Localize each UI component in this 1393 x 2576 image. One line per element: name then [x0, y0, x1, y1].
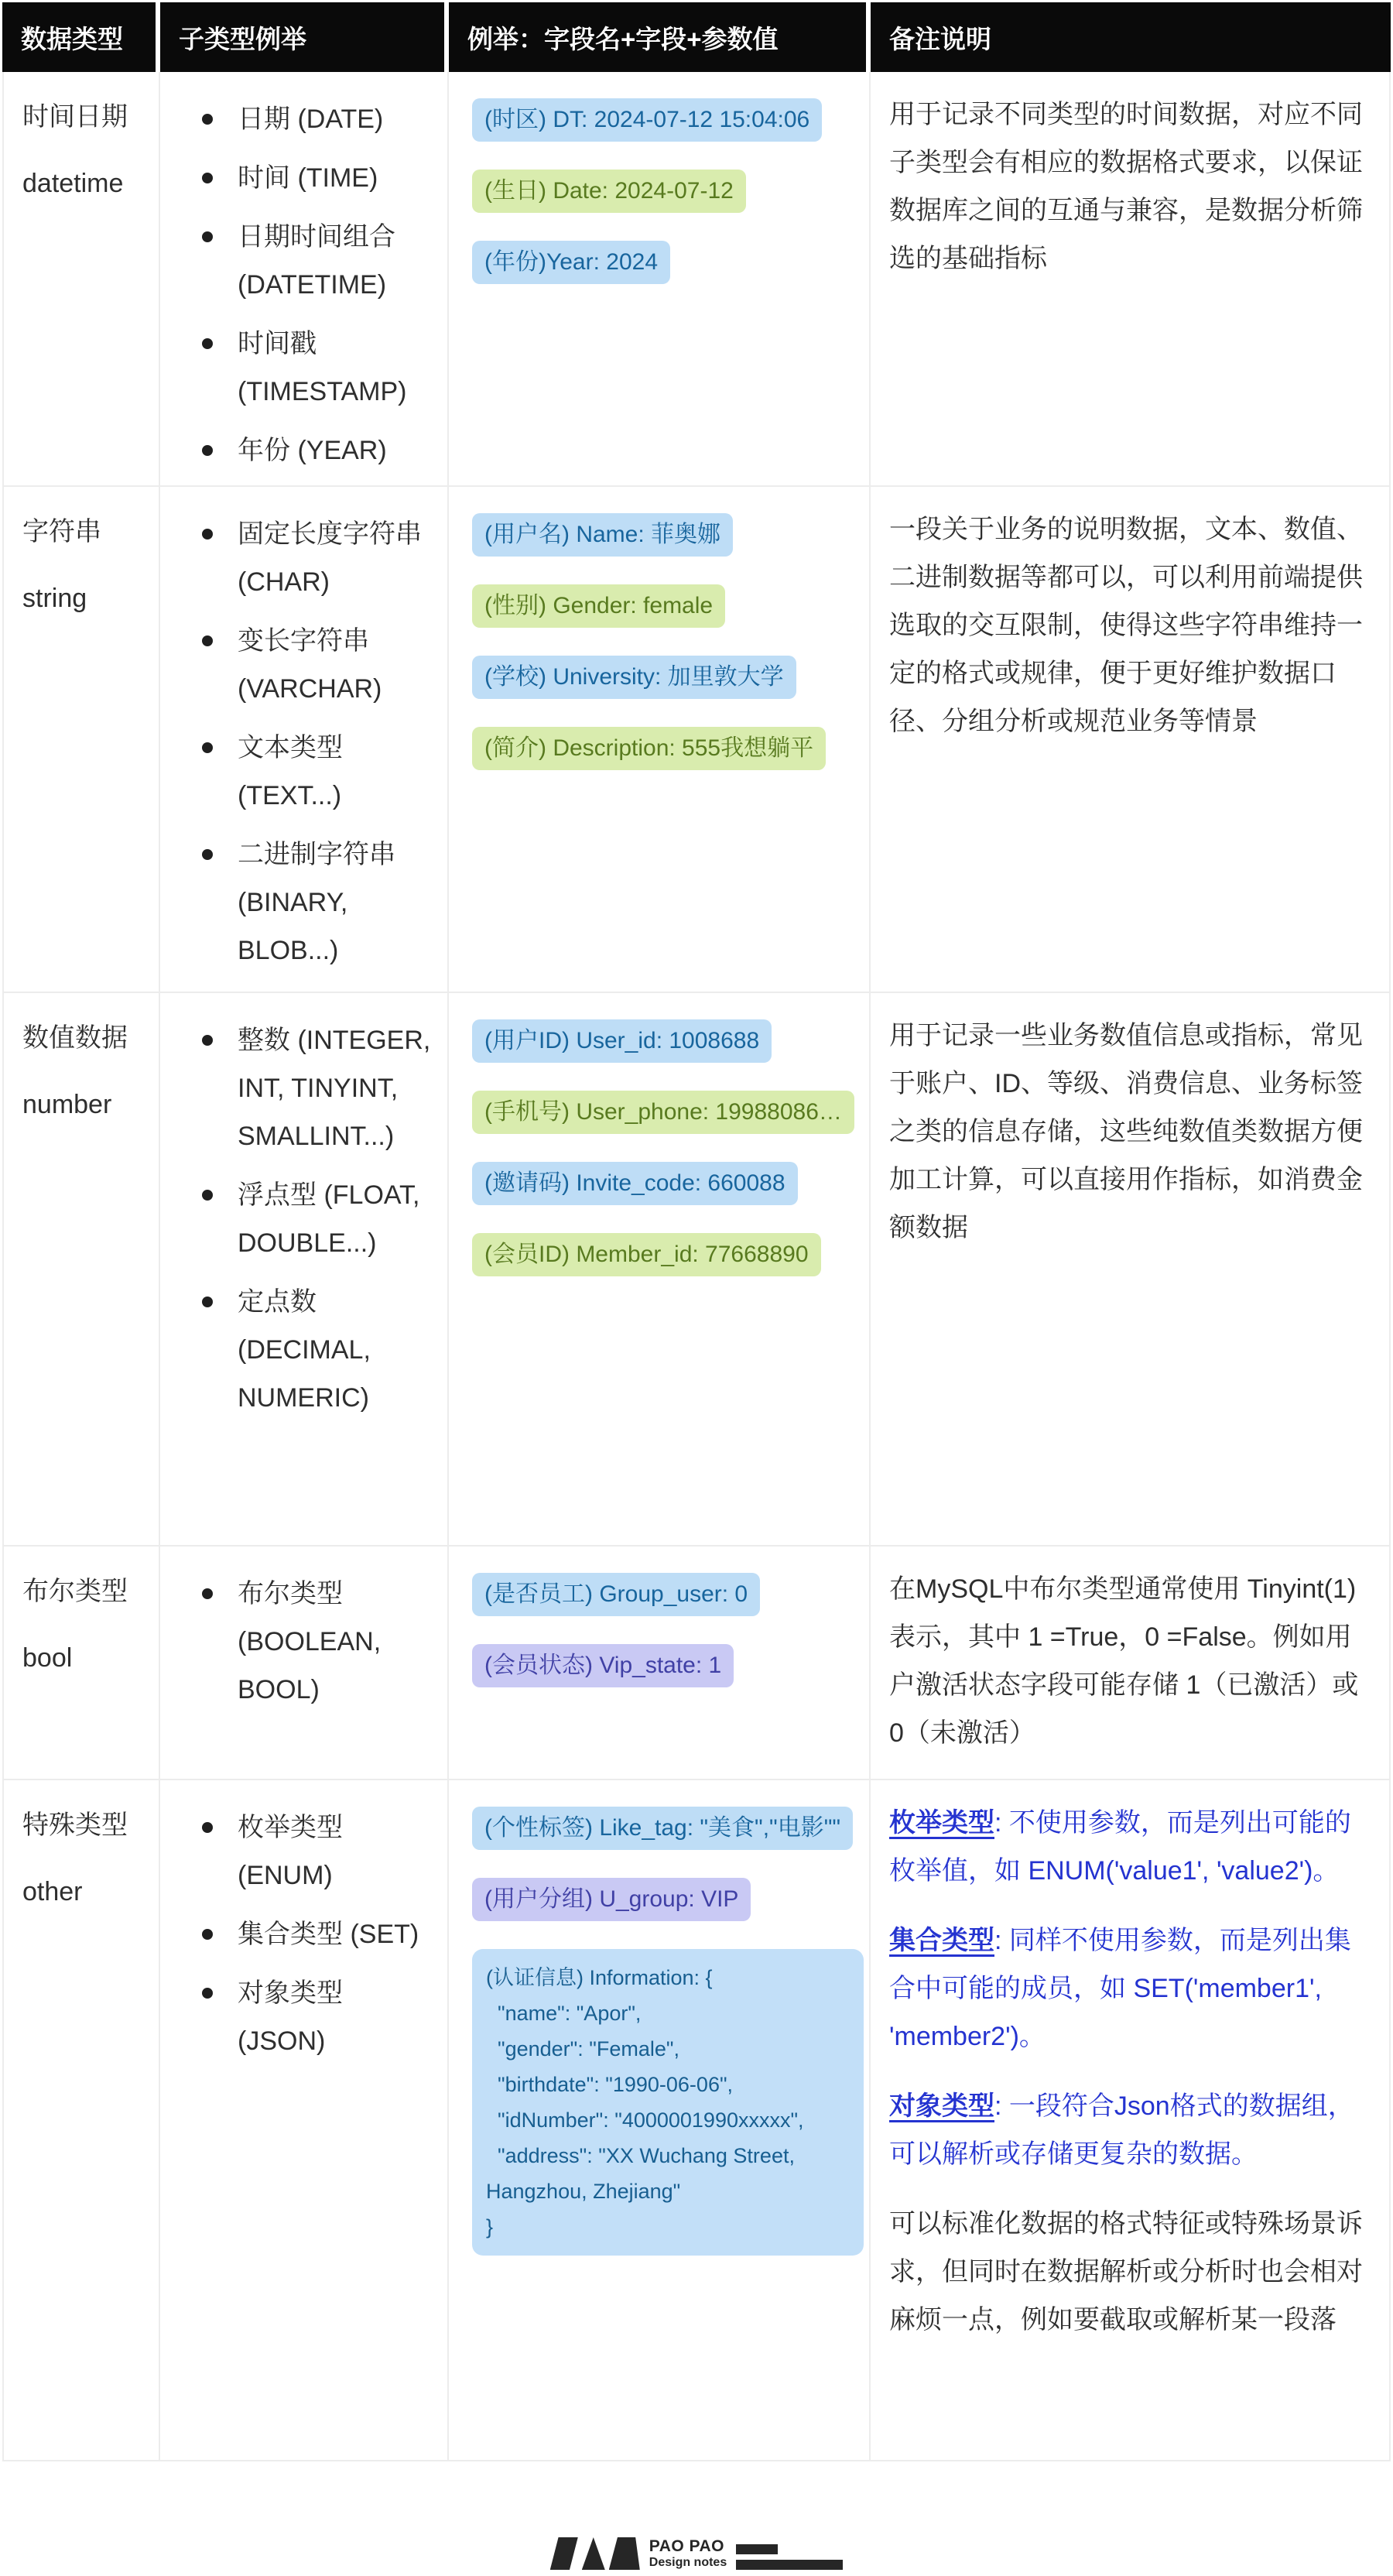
- example-chip: (手机号) User_phone: 19988086…: [472, 1091, 854, 1134]
- page: 数据类型 子类型例举 例举：字段名+字段+参数值 备注说明 时间日期dateti…: [0, 0, 1393, 2570]
- brand-subtitle: Design notes: [649, 2555, 727, 2570]
- table-row: 数值数据number整数 (INTEGER, INT, TINYINT, SMA…: [2, 993, 1391, 1547]
- example-chip: (性别) Gender: female: [472, 584, 725, 628]
- logo-bar-short: [736, 2544, 778, 2554]
- example-line: (生日) Date: 2024-07-12: [472, 170, 855, 213]
- example-line: (学校) University: 加里敦大学: [472, 656, 855, 699]
- cell-examples: (个性标签) Like_tag: "美食","电影""(用户分组) U_grou…: [449, 1780, 871, 2461]
- cell-examples: (用户名) Name: 菲奥娜(性别) Gender: female(学校) U…: [449, 487, 871, 993]
- table-row: 字符串string固定长度字符串 (CHAR)变长字符串 (VARCHAR)文本…: [2, 487, 1391, 993]
- logo-bars-icon: [736, 2544, 843, 2570]
- table-header: 数据类型 子类型例举 例举：字段名+字段+参数值 备注说明: [2, 2, 1391, 72]
- col-header-remarks: 备注说明: [871, 2, 1391, 72]
- example-line: (是否员工) Group_user: 0: [472, 1573, 855, 1616]
- remark-paragraph: 对象类型: 一段符合Json格式的数据组，可以解析或存储更复杂的数据。: [889, 2082, 1367, 2178]
- subtype-item: 日期时间组合 (DATETIME): [187, 213, 436, 309]
- remark-paragraph: 在MySQL中布尔类型通常使用 Tinyint(1) 表示，其中 1 =True…: [889, 1565, 1367, 1757]
- example-chip: (年份)Year: 2024: [472, 241, 670, 284]
- cell-subtypes: 枚举类型 (ENUM)集合类型 (SET)对象类型 (JSON): [160, 1780, 449, 2461]
- cell-remarks: 在MySQL中布尔类型通常使用 Tinyint(1) 表示，其中 1 =True…: [871, 1547, 1391, 1780]
- subtype-item: 集合类型 (SET): [187, 1910, 436, 1958]
- cell-examples: (是否员工) Group_user: 0(会员状态) Vip_state: 1: [449, 1547, 871, 1780]
- example-chip: (用户ID) User_id: 1008688: [472, 1019, 772, 1063]
- subtype-item: 变长字符串 (VARCHAR): [187, 617, 436, 713]
- subtype-item: 枚举类型 (ENUM): [187, 1804, 436, 1899]
- subtype-item: 布尔类型 (BOOLEAN, BOOL): [187, 1570, 436, 1714]
- remark-paragraph: 可以标准化数据的格式特征或特殊场景诉求，但同时在数据解析或分析时也会相对麻烦一点…: [889, 2200, 1367, 2344]
- remark-lead: 集合类型: [889, 1926, 994, 1955]
- type-name-cn: 时间日期: [22, 100, 148, 134]
- col-header-examples: 例举：字段名+字段+参数值: [449, 2, 871, 72]
- remark-paragraph: 枚举类型: 不使用参数，而是列出可能的枚举值，如 ENUM('value1', …: [889, 1799, 1367, 1895]
- example-chip: (学校) University: 加里敦大学: [472, 656, 796, 699]
- data-types-table: 数据类型 子类型例举 例举：字段名+字段+参数值 备注说明 时间日期dateti…: [2, 2, 1391, 2461]
- subtype-item: 日期 (DATE): [187, 95, 436, 143]
- cell-type: 时间日期datetime: [2, 72, 160, 487]
- example-line: (手机号) User_phone: 19988086…: [472, 1091, 855, 1134]
- subtype-item: 二进制字符串 (BINARY, BLOB...): [187, 831, 436, 975]
- table-body: 时间日期datetime日期 (DATE)时间 (TIME)日期时间组合 (DA…: [2, 72, 1391, 2461]
- subtype-item: 整数 (INTEGER, INT, TINYINT, SMALLINT...): [187, 1016, 436, 1160]
- type-name-cn: 特殊类型: [22, 1808, 148, 1842]
- cell-subtypes: 日期 (DATE)时间 (TIME)日期时间组合 (DATETIME)时间戳 (…: [160, 72, 449, 487]
- type-name-en: datetime: [22, 166, 148, 200]
- cell-remarks: 用于记录一些业务数值信息或指标，常见于账户、ID、等级、消费信息、业务标签之类的…: [871, 993, 1391, 1547]
- example-chip: (邀请码) Invite_code: 660088: [472, 1162, 798, 1205]
- cell-remarks: 用于记录不同类型的时间数据，对应不同子类型会有相应的数据格式要求，以保证数据库之…: [871, 72, 1391, 487]
- cell-subtypes: 固定长度字符串 (CHAR)变长字符串 (VARCHAR)文本类型 (TEXT.…: [160, 487, 449, 993]
- cell-subtypes: 布尔类型 (BOOLEAN, BOOL): [160, 1547, 449, 1780]
- cell-type: 数值数据number: [2, 993, 160, 1547]
- logo-shape-icon: [582, 2537, 605, 2570]
- subtype-item: 定点数 (DECIMAL, NUMERIC): [187, 1278, 436, 1422]
- subtype-item: 时间 (TIME): [187, 154, 436, 202]
- subtype-item: 浮点型 (FLOAT, DOUBLE...): [187, 1171, 436, 1267]
- example-chip: (会员ID) Member_id: 77668890: [472, 1233, 821, 1276]
- example-line: (会员状态) Vip_state: 1: [472, 1644, 855, 1687]
- type-name-cn: 字符串: [22, 515, 148, 549]
- example-chip: (认证信息) Information: { "name": "Apor", "g…: [472, 1949, 864, 2256]
- example-chip: (是否员工) Group_user: 0: [472, 1573, 760, 1616]
- cell-examples: (时区) DT: 2024-07-12 15:04:06(生日) Date: 2…: [449, 72, 871, 487]
- subtype-item: 固定长度字符串 (CHAR): [187, 510, 436, 606]
- example-chip: (生日) Date: 2024-07-12: [472, 170, 746, 213]
- type-name-en: other: [22, 1875, 148, 1909]
- cell-subtypes: 整数 (INTEGER, INT, TINYINT, SMALLINT...)浮…: [160, 993, 449, 1547]
- example-line: (认证信息) Information: { "name": "Apor", "g…: [472, 1949, 855, 2256]
- cell-type: 字符串string: [2, 487, 160, 993]
- example-line: (个性标签) Like_tag: "美食","电影"": [472, 1807, 855, 1850]
- type-name-en: number: [22, 1088, 148, 1122]
- subtype-item: 对象类型 (JSON): [187, 1969, 436, 2065]
- remark-paragraph: 用于记录一些业务数值信息或指标，常见于账户、ID、等级、消费信息、业务标签之类的…: [889, 1012, 1367, 1252]
- subtype-item: 时间戳 (TIMESTAMP): [187, 320, 436, 416]
- example-chip: (用户名) Name: 菲奥娜: [472, 513, 733, 557]
- type-name-en: bool: [22, 1641, 148, 1675]
- brand-footer: PAO PAO Design notes: [0, 2536, 1393, 2570]
- subtype-item: 文本类型 (TEXT...): [187, 724, 436, 820]
- type-name-en: string: [22, 581, 148, 615]
- example-line: (会员ID) Member_id: 77668890: [472, 1233, 855, 1276]
- example-line: (邀请码) Invite_code: 660088: [472, 1162, 855, 1205]
- example-line: (用户ID) User_id: 1008688: [472, 1019, 855, 1063]
- remark-paragraph: 一段关于业务的说明数据，文本、数值、二进制数据等都可以，可以利用前端提供选取的交…: [889, 505, 1367, 745]
- remark-lead: 对象类型: [889, 2091, 994, 2121]
- example-line: (简介) Description: 555我想躺平: [472, 727, 855, 770]
- example-chip: (会员状态) Vip_state: 1: [472, 1644, 734, 1687]
- remark-paragraph: 用于记录不同类型的时间数据，对应不同子类型会有相应的数据格式要求，以保证数据库之…: [889, 91, 1367, 283]
- logo-shape-icon: [550, 2537, 578, 2570]
- type-name-cn: 布尔类型: [22, 1574, 148, 1608]
- example-line: (年份)Year: 2024: [472, 241, 855, 284]
- remark-paragraph: 集合类型: 同样不使用参数，而是列出集合中可能的成员，如 SET('member…: [889, 1917, 1367, 2060]
- table-row: 布尔类型bool布尔类型 (BOOLEAN, BOOL)(是否员工) Group…: [2, 1547, 1391, 1780]
- example-chip: (用户分组) U_group: VIP: [472, 1878, 751, 1921]
- cell-remarks: 一段关于业务的说明数据，文本、数值、二进制数据等都可以，可以利用前端提供选取的交…: [871, 487, 1391, 993]
- example-line: (性别) Gender: female: [472, 584, 855, 628]
- type-name-cn: 数值数据: [22, 1021, 148, 1055]
- col-header-subtypes: 子类型例举: [160, 2, 449, 72]
- col-header-type: 数据类型: [2, 2, 160, 72]
- cell-type: 布尔类型bool: [2, 1547, 160, 1780]
- subtype-item: 年份 (YEAR): [187, 426, 436, 474]
- remark-lead: 枚举类型: [889, 1808, 994, 1838]
- example-chip: (时区) DT: 2024-07-12 15:04:06: [472, 98, 822, 142]
- cell-type: 特殊类型other: [2, 1780, 160, 2461]
- example-line: (用户名) Name: 菲奥娜: [472, 513, 855, 557]
- brand-text: PAO PAO Design notes: [649, 2538, 727, 2570]
- paopao-logo-icon: [550, 2537, 640, 2570]
- example-line: (用户分组) U_group: VIP: [472, 1878, 855, 1921]
- cell-remarks: 枚举类型: 不使用参数，而是列出可能的枚举值，如 ENUM('value1', …: [871, 1780, 1391, 2461]
- table-row: 时间日期datetime日期 (DATE)时间 (TIME)日期时间组合 (DA…: [2, 72, 1391, 487]
- example-chip: (简介) Description: 555我想躺平: [472, 727, 826, 770]
- brand-name: PAO PAO: [649, 2538, 727, 2555]
- example-chip: (个性标签) Like_tag: "美食","电影"": [472, 1807, 853, 1850]
- logo-bar-long: [736, 2560, 843, 2570]
- header-row: 数据类型 子类型例举 例举：字段名+字段+参数值 备注说明: [2, 2, 1391, 72]
- logo-shape-icon: [609, 2537, 640, 2570]
- cell-examples: (用户ID) User_id: 1008688(手机号) User_phone:…: [449, 993, 871, 1547]
- table-row: 特殊类型other枚举类型 (ENUM)集合类型 (SET)对象类型 (JSON…: [2, 1780, 1391, 2461]
- example-line: (时区) DT: 2024-07-12 15:04:06: [472, 98, 855, 142]
